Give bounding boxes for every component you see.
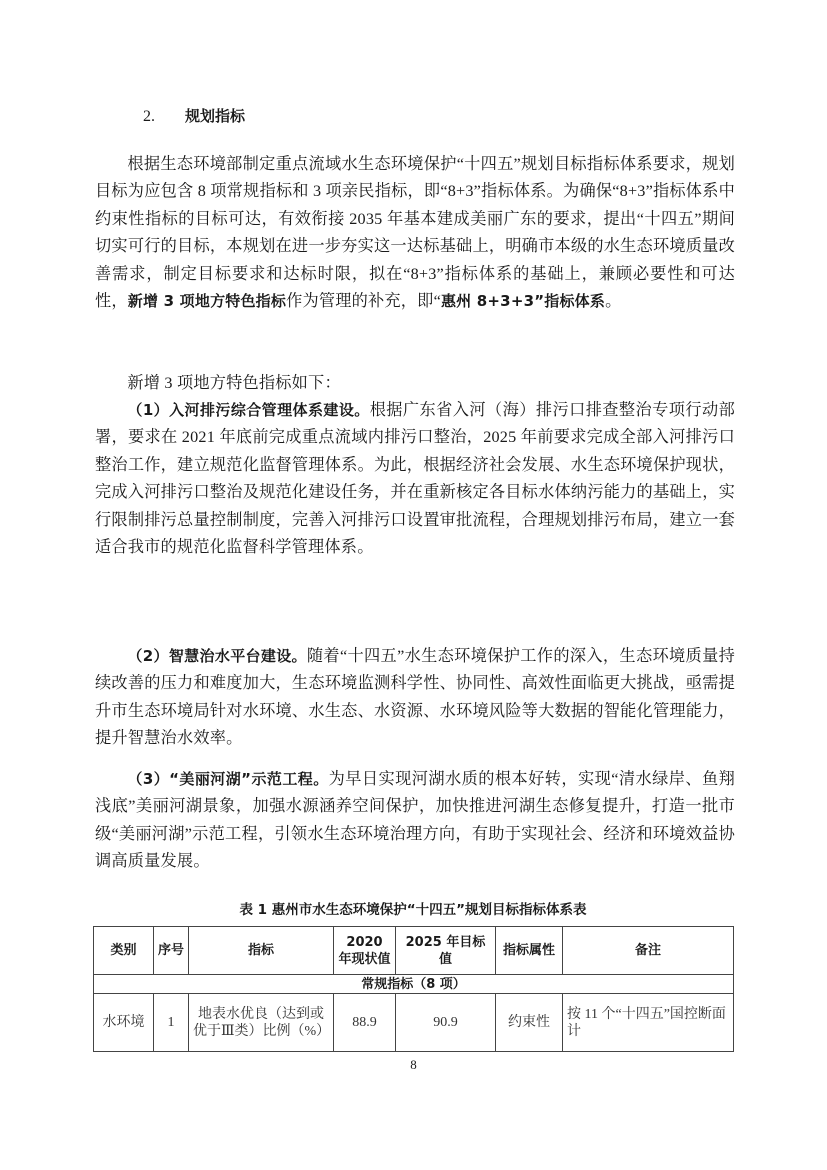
paragraph-intro: 根据生态环境部制定重点流域水生态环境保护“十四五”规划目标指标体系要求，规划目标… xyxy=(95,151,735,315)
paragraph-text: （1）入河排污综合管理体系建设。根据广东省入河（海）排污口排查整治专项行动部署，… xyxy=(95,397,735,561)
section-title: 规划指标 xyxy=(185,107,245,125)
header-category: 类别 xyxy=(94,927,154,975)
header-attribute: 指标属性 xyxy=(496,927,563,975)
bold-run: （1）入河排污综合管理体系建设。 xyxy=(127,401,369,419)
header-indicator: 指标 xyxy=(189,927,334,975)
bold-run: 惠州 8+3+3”指标体系 xyxy=(441,292,605,310)
cell-category: 水环境 xyxy=(94,994,154,1052)
header-2025-target: 2025 年目标值 xyxy=(396,927,496,975)
cell-index: 1 xyxy=(154,994,189,1052)
paragraph-item-2: （2）智慧治水平台建设。随着“十四五”水生态环境保护工作的深入，生态环境质量持续… xyxy=(95,643,735,753)
table-caption: 表 1 惠州市水生态环境保护“十四五”规划目标指标体系表 xyxy=(93,900,733,920)
header-index: 序号 xyxy=(154,927,189,975)
section-heading: 2.规划指标 xyxy=(143,104,245,129)
text-run: 作为管理的补充，即“ xyxy=(286,292,441,310)
header-note: 备注 xyxy=(563,927,734,975)
paragraph-text: （3）“美丽河湖”示范工程。为早日实现河湖水质的根本好转，实现“清水绿岸、鱼翔浅… xyxy=(95,766,735,876)
cell-indicator: 地表水优良（达到或优于Ⅲ类）比例（%） xyxy=(189,994,334,1052)
cell-note: 按 11 个“十四五”国控断面计 xyxy=(563,994,734,1052)
paragraph-text: 根据生态环境部制定重点流域水生态环境保护“十四五”规划目标指标体系要求，规划目标… xyxy=(95,151,735,315)
group-label: 常规指标（8 项） xyxy=(94,975,734,994)
bold-run: （3）“美丽河湖”示范工程。 xyxy=(127,770,328,788)
paragraph-text: 新增 3 项地方特色指标如下： xyxy=(95,370,735,397)
table-group-row: 常规指标（8 项） xyxy=(94,975,734,994)
paragraph-list-intro: 新增 3 项地方特色指标如下： xyxy=(95,370,735,397)
text-run: 新增 3 项地方特色指标如下： xyxy=(127,374,340,392)
bold-run: （2）智慧治水平台建设。 xyxy=(127,647,307,665)
table-header-row: 类别 序号 指标 2020 年现状值 2025 年目标值 指标属性 备注 xyxy=(94,927,734,975)
text-run: 根据生态环境部制定重点流域水生态环境保护“十四五”规划目标指标体系要求，规划目标… xyxy=(95,155,735,310)
paragraph-text: （2）智慧治水平台建设。随着“十四五”水生态环境保护工作的深入，生态环境质量持续… xyxy=(95,643,735,753)
paragraph-item-3: （3）“美丽河湖”示范工程。为早日实现河湖水质的根本好转，实现“清水绿岸、鱼翔浅… xyxy=(95,766,735,876)
section-number: 2. xyxy=(143,105,185,129)
text-run: 根据广东省入河（海）排污口排查整治专项行动部署，要求在 2021 年底前完成重点… xyxy=(95,401,735,556)
header-2020-value: 2020 年现状值 xyxy=(334,927,396,975)
cell-attribute: 约束性 xyxy=(496,994,563,1052)
page-number: 8 xyxy=(0,1057,827,1073)
bold-run: 新增 3 项地方特色指标 xyxy=(128,292,286,310)
document-page: 2.规划指标 根据生态环境部制定重点流域水生态环境保护“十四五”规划目标指标体系… xyxy=(0,0,827,1170)
table-row: 水环境 1 地表水优良（达到或优于Ⅲ类）比例（%） 88.9 90.9 约束性 … xyxy=(94,994,734,1052)
cell-2020-value: 88.9 xyxy=(334,994,396,1052)
cell-2025-target: 90.9 xyxy=(396,994,496,1052)
text-run: 。 xyxy=(605,292,621,310)
paragraph-item-1: （1）入河排污综合管理体系建设。根据广东省入河（海）排污口排查整治专项行动部署，… xyxy=(95,397,735,561)
indicator-table: 类别 序号 指标 2020 年现状值 2025 年目标值 指标属性 备注 常规指… xyxy=(93,926,734,1052)
